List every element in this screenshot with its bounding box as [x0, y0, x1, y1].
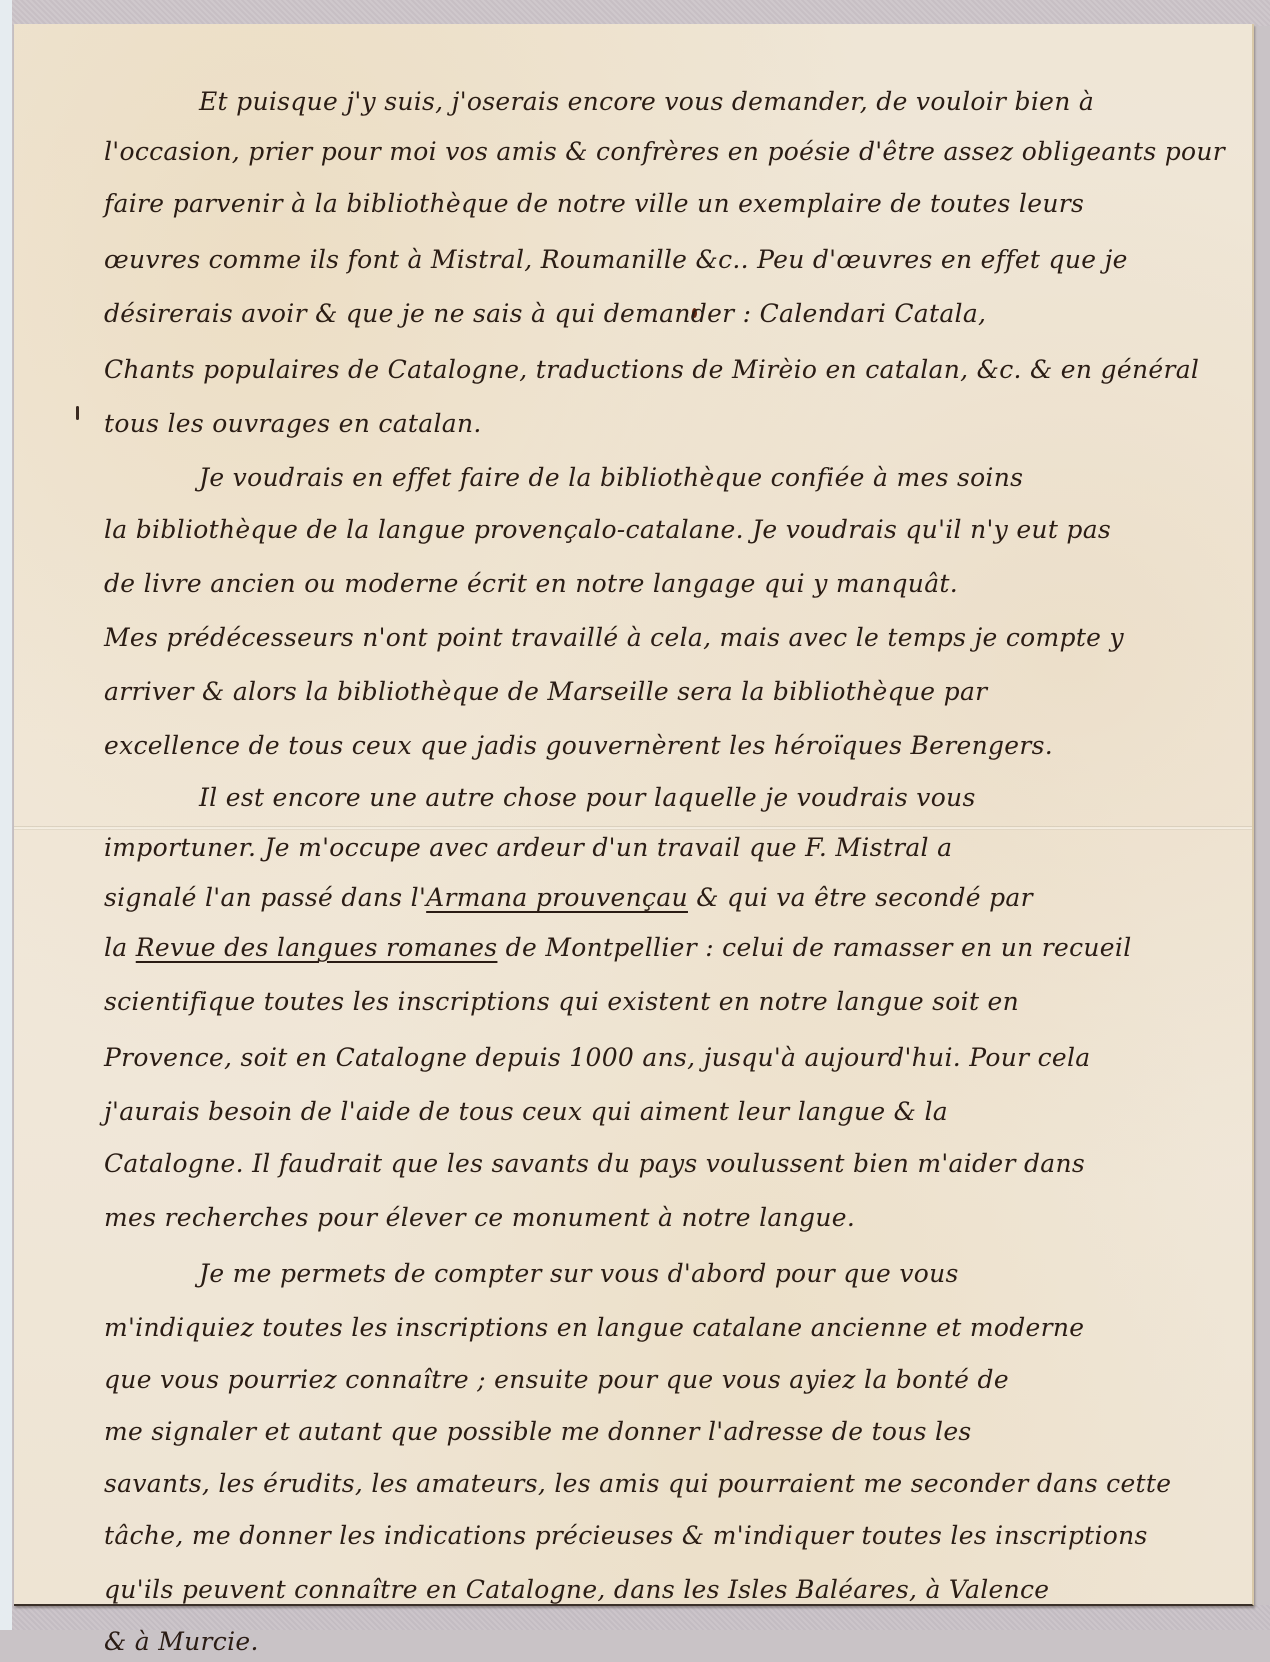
underlined-title-revue: Revue des langues romanes: [136, 933, 498, 962]
letter-line: Il est encore une autre chose pour laque…: [104, 778, 976, 818]
scan-backdrop-top: [12, 0, 1270, 26]
letter-line: arriver & alors la bibliothèque de Marse…: [104, 672, 987, 712]
letter-line: tâche, me donner les indications précieu…: [104, 1516, 1148, 1556]
letter-line: de livre ancien ou moderne écrit en notr…: [104, 564, 958, 604]
line-text-end: de Montpellier : celui de ramasser en un…: [497, 933, 1131, 962]
letter-line: Catalogne. Il faudrait que les savants d…: [104, 1144, 1085, 1184]
margin-ink-mark: [76, 406, 79, 420]
letter-line: Mes prédécesseurs n'ont point travaillé …: [104, 618, 1124, 658]
scanner-edge: [0, 0, 12, 1630]
letter-line: mes recherches pour élever ce monument à…: [104, 1198, 855, 1238]
letter-line: savants, les érudits, les amateurs, les …: [104, 1464, 1171, 1504]
line-text-start: signalé l'an passé dans l': [104, 883, 426, 912]
letter-line: scientifique toutes les inscriptions qui…: [104, 982, 1019, 1022]
manuscript-page: Et puisque j'y suis, j'oserais encore vo…: [14, 24, 1254, 1606]
letter-line: Je voudrais en effet faire de la bibliot…: [104, 458, 1023, 498]
letter-line: que vous pourriez connaître ; ensuite po…: [104, 1360, 1009, 1400]
letter-line: excellence de tous ceux que jadis gouver…: [104, 726, 1053, 766]
letter-line: Chants populaires de Catalogne, traducti…: [104, 350, 1199, 390]
letter-line: Je me permets de compter sur vous d'abor…: [104, 1254, 959, 1294]
letter-line: faire parvenir à la bibliothèque de notr…: [104, 184, 1084, 224]
line-text-start: la: [104, 933, 136, 962]
underlined-title-armana: Armana prouvençau: [426, 883, 688, 912]
letter-line: m'indiquiez toutes les inscriptions en l…: [104, 1308, 1084, 1348]
letter-line: qu'ils peuvent connaître en Catalogne, d…: [104, 1570, 1049, 1610]
letter-line: Provence, soit en Catalogne depuis 1000 …: [104, 1038, 1091, 1078]
letter-line: j'aurais besoin de l'aide de tous ceux q…: [104, 1092, 948, 1132]
letter-line: Et puisque j'y suis, j'oserais encore vo…: [104, 82, 1094, 122]
letter-line-with-underline: la Revue des langues romanes de Montpell…: [104, 928, 1132, 968]
letter-line: me signaler et autant que possible me do…: [104, 1412, 972, 1452]
letter-line: la bibliothèque de la langue provençalo-…: [104, 510, 1111, 550]
line-text-end: & qui va être secondé par: [688, 883, 1033, 912]
letter-line: importuner. Je m'occupe avec ardeur d'un…: [104, 828, 952, 868]
letter-line: tous les ouvrages en catalan.: [104, 404, 482, 444]
letter-line: l'occasion, prier pour moi vos amis & co…: [104, 132, 1225, 172]
letter-line: désirerais avoir & que je ne sais à qui …: [104, 294, 986, 334]
letter-line: œuvres comme ils font à Mistral, Roumani…: [104, 240, 1128, 280]
letter-line: & à Murcie.: [104, 1622, 259, 1630]
letter-line-with-underline: signalé l'an passé dans l'Armana prouven…: [104, 878, 1033, 918]
